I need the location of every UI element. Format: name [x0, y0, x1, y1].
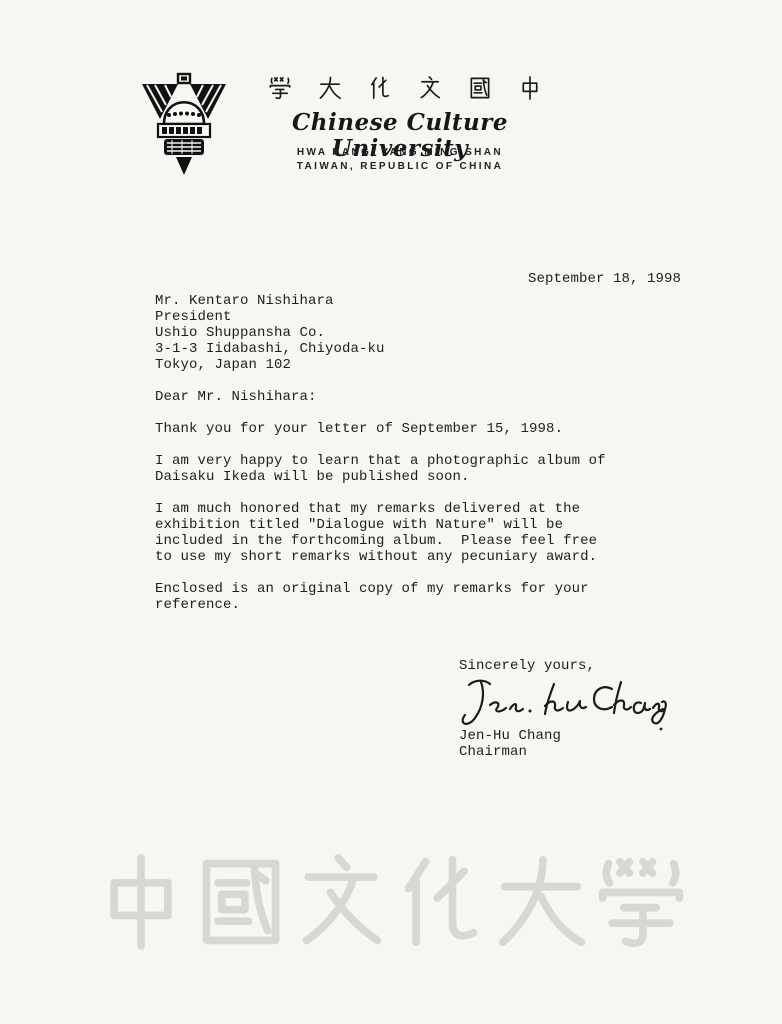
cjk-char-zhong [518, 76, 542, 100]
letterhead-address-line2: TAIWAN, REPUBLIC OF CHINA [240, 160, 560, 173]
cjk-char-wen [293, 854, 389, 950]
cjk-char-hua [393, 854, 489, 950]
signer-title: Chairman [459, 744, 527, 760]
cjk-char-hua [368, 76, 392, 100]
cjk-char-xue [268, 76, 292, 100]
recipient-line: Ushio Shuppansha Co. [155, 325, 385, 341]
recipient-line: Tokyo, Japan 102 [155, 357, 385, 373]
cjk-char-zhong [93, 854, 189, 950]
letter-page: Chinese Culture University HWA KANG, YAN… [0, 0, 782, 1024]
recipient-line: Mr. Kentaro Nishihara [155, 293, 385, 309]
letter-date: September 18, 1998 [528, 271, 681, 287]
letterhead-address-line1: HWA KANG, YANG MING SHAN [240, 146, 560, 159]
watermark-chinese-title [0, 854, 782, 950]
signature-handwriting [456, 675, 670, 735]
closing: Sincerely yours, [459, 658, 595, 674]
cjk-char-da [493, 854, 589, 950]
cjk-char-da [318, 76, 342, 100]
recipient-line: President [155, 309, 385, 325]
letterhead-chinese-title [268, 76, 542, 100]
body-paragraph-4: Enclosed is an original copy of my remar… [155, 581, 625, 613]
university-emblem-logo [138, 72, 230, 176]
cjk-char-xue [593, 854, 689, 950]
cjk-char-wen [418, 76, 442, 100]
body-paragraph-3: I am much honored that my remarks delive… [155, 501, 625, 565]
body-paragraph-1: Thank you for your letter of September 1… [155, 421, 625, 437]
salutation: Dear Mr. Nishihara: [155, 389, 317, 405]
body-paragraph-2: I am very happy to learn that a photogra… [155, 453, 625, 485]
recipient-address: Mr. Kentaro Nishihara President Ushio Sh… [155, 293, 385, 373]
cjk-char-guo [468, 76, 492, 100]
cjk-char-guo [193, 854, 289, 950]
recipient-line: 3-1-3 Iidabashi, Chiyoda-ku [155, 341, 385, 357]
signer-name: Jen-Hu Chang [459, 728, 561, 744]
